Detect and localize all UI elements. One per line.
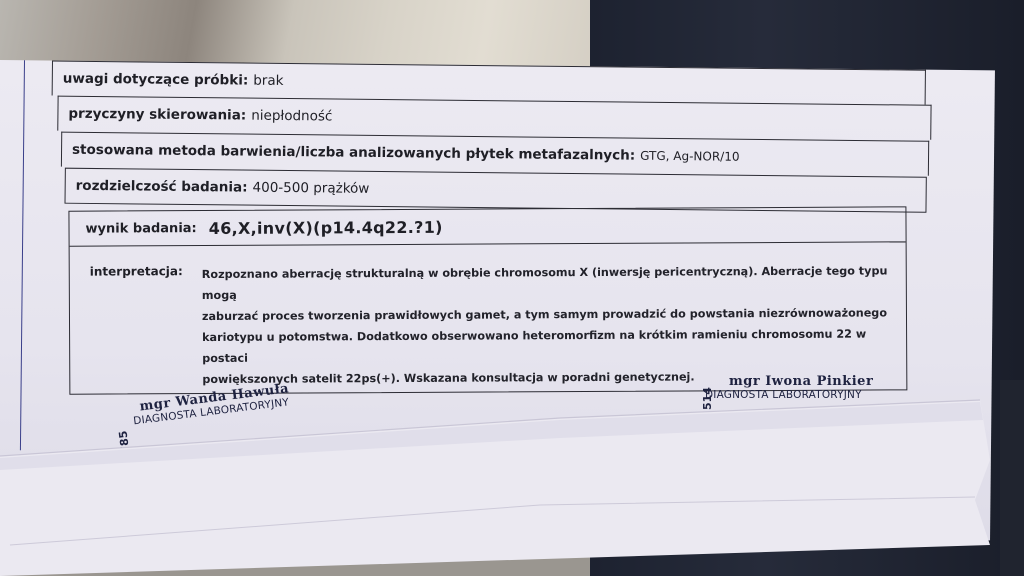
interpretation-line: kariotypu u potomstwa. Dodatkowo obserwo… (202, 323, 902, 369)
stamp-title: DIAGNOSTA LABORATORYJNY (705, 389, 873, 401)
stamp-number: 514 (701, 387, 714, 410)
field-label: uwagi dotyczące próbki: (63, 71, 249, 89)
stamp-right: mgr Iwona Pinkier DIAGNOSTA LABORATORYJN… (705, 374, 873, 401)
stamp-number: 785 (117, 430, 133, 454)
field-value: 400-500 prążków (252, 180, 369, 197)
stamp-name: mgr Iwona Pinkier (705, 374, 873, 389)
result-row: wynik badania: 46,X,inv(X)(p14.4q22.?1) (69, 207, 905, 246)
field-label: przyczyny skierowania: (68, 106, 246, 124)
interpretation-label: interpretacja: (90, 264, 203, 391)
interpretation-line: Rozpoznano aberrację strukturalną w obrę… (202, 260, 902, 306)
margin-line (20, 60, 25, 450)
field-label: stosowana metoda barwienia/liczba analiz… (72, 142, 635, 164)
interpretation-row: interpretacja: Rozpoznano aberrację stru… (70, 242, 907, 390)
field-label: rozdzielczość badania: (76, 178, 248, 196)
field-value: brak (253, 73, 283, 89)
field-value: niepłodność (251, 108, 332, 125)
result-label: wynik badania: (85, 221, 196, 237)
field-value: GTG, Ag-NOR/10 (640, 149, 740, 164)
result-box: wynik badania: 46,X,inv(X)(p14.4q22.?1) … (68, 206, 907, 394)
lab-report-sheet: uwagi dotyczące próbki: brak przyczyny s… (0, 60, 995, 540)
interpretation-text: Rozpoznano aberrację strukturalną w obrę… (202, 260, 903, 390)
karyotype-result: 46,X,inv(X)(p14.4q22.?1) (209, 217, 443, 237)
